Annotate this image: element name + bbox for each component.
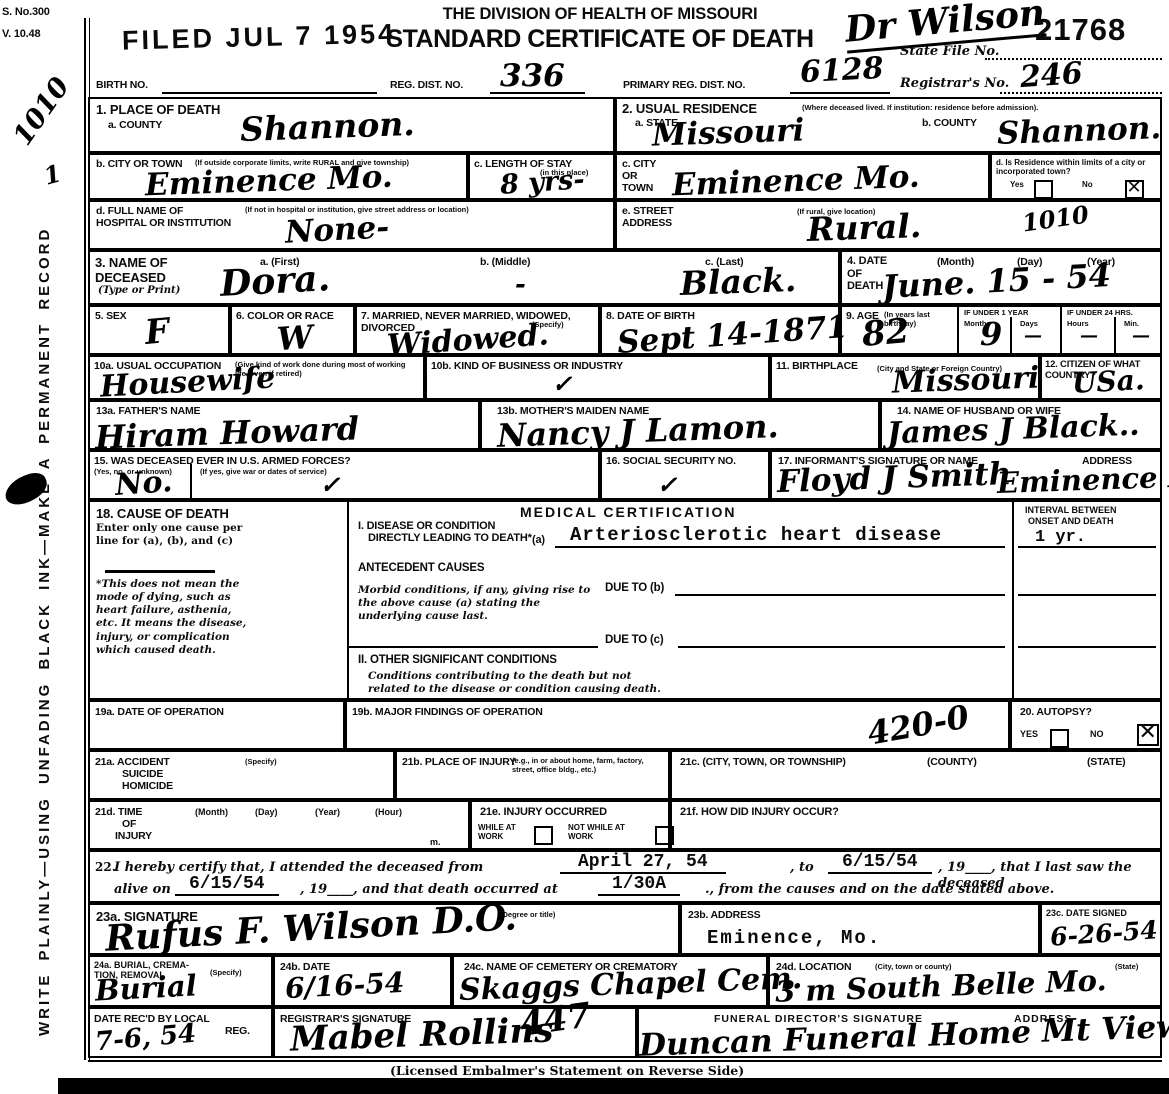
s22-part6: ., from the causes and on the date state… [705,882,1054,898]
s21d-month-label: (Month) [195,808,228,818]
s21c-state-label: (STATE) [1087,756,1125,768]
field-funeral-director-signature: FUNERAL DIRECTOR'S SIGNATURE ADDRESS Dun… [637,1007,1162,1058]
s17-address-value: Eminence Mo. [996,458,1169,500]
s1a-value: Shannon. [239,104,415,149]
s3-middle-label: b. (Middle) [480,256,530,268]
s18-a-tag: (a) [532,534,545,547]
s1b-value: Eminence Mo. [144,159,393,204]
s21d-label3: INJURY [115,830,152,842]
field-21d-time-of-injury: 21d. TIME OF INJURY (Month) (Day) (Year)… [88,800,470,850]
field-10a-occupation: 10a. USUAL OCCUPATION (Give kind of work… [88,355,425,400]
field-14-spouse: 14. NAME OF HUSBAND OR WIFE James J Blac… [880,400,1162,450]
s24a-value: Burial [94,968,197,1007]
s11-value: Missouri [891,360,1040,400]
handwritten-1010-margin: 1010 [7,72,76,151]
field-9-age: 9. AGE (In years last birthday) 82 IF UN… [840,305,1162,355]
field-15-armed-forces: 15. WAS DECEASED EVER IN U.S. ARMED FORC… [88,450,600,500]
s15-label: 15. WAS DECEASED EVER IN U.S. ARMED FORC… [94,455,350,467]
s21d-hour-label: (Hour) [375,808,402,818]
death-certificate: S. No.300 V. 10.48 1010 1 WRITE PLAINLY—… [0,0,1169,1094]
s20-no-label: NO [1090,730,1104,740]
title-line-1: THE DIVISION OF HEALTH OF MISSOURI [380,5,820,24]
s21e-label: 21e. INJURY OCCURRED [480,806,607,819]
field-2ab-residence: 2. USUAL RESIDENCE (Where deceased lived… [615,97,1162,153]
registrar-no-label: Registrar's No. [900,76,1009,91]
s21a-label3: HOMICIDE [122,780,173,792]
recd-label2: REG. [225,1025,250,1037]
s20-yes-checkbox[interactable] [1050,729,1069,748]
s18-interval-label2: ONSET AND DEATH [1028,517,1114,527]
s18-med-cert-title: MEDICAL CERTIFICATION [520,504,736,520]
bottom-rule [88,1060,1162,1062]
s21d-day-label: (Day) [255,808,278,818]
s21b-label: 21b. PLACE OF INJURY [402,756,516,768]
field-19b-major-findings: 19b. MAJOR FINDINGS OF OPERATION 420-0 [345,700,1010,750]
s22-from-value: April 27, 54 [560,852,726,874]
s17-value: Floyd J Smith [776,456,1011,500]
field-24b-date: 24b. DATE 6/16-54 [273,955,452,1007]
field-16-ssn: 16. SOCIAL SECURITY NO. ✓ [600,450,770,500]
s21d-m-label: m. [430,838,441,848]
s2e-extra-1010: 1010 [1020,199,1090,237]
s18-ii-note: Conditions contributing to the death but… [368,670,668,696]
s2d-yes-checkbox[interactable] [1034,180,1053,199]
s2d-yes-label: Yes [1010,181,1024,190]
field-2d-within-limits: d. Is Residence within limits of a city … [990,153,1162,200]
field-21c-city-county-state: 21c. (CITY, TOWN, OR TOWNSHIP) (COUNTY) … [670,750,1162,800]
s12-value: USa. [1071,363,1145,400]
field-12-citizen: 12. CITIZEN OF WHAT COUNTRY? USa. [1040,355,1162,400]
handwritten-1-margin: 1 [41,158,65,190]
s11-label: 11. BIRTHPLACE [776,360,858,372]
s9-hours-value: — [1080,325,1098,346]
s21e-not-while-label: NOT WHILE AT WORK [568,824,628,842]
s16-label: 16. SOCIAL SECURITY NO. [606,455,756,467]
s18-due-c-label: DUE TO (c) [605,634,664,647]
s1d-label: d. FULL NAME OF HOSPITAL OR INSTITUTION [96,205,236,229]
field-23a-signature: 23a. SIGNATURE (Degree or title) Rufus F… [88,903,680,955]
field-17-informant: 17. INFORMANT'S SIGNATURE OR NAME ADDRES… [770,450,1162,500]
field-24a-burial: 24a. BURIAL, CREMA­TION, REMOVAL (Specif… [88,955,273,1007]
field-1a-county: 1. PLACE OF DEATH a. COUNTY Shannon. [88,97,615,153]
reg-dist-line [490,76,585,94]
margin-instruction-text: WRITE PLAINLY—USING UNFADING BLACK INK—M… [36,188,53,1036]
s18-label: 18. CAUSE OF DEATH [96,506,229,521]
field-13a-father: 13a. FATHER'S NAME Hiram Howard [88,400,480,450]
s21b-note: (e.g., in or about home, farm, factory, … [512,757,662,774]
s23a-value: Rufus F. Wilson D.O. [104,896,518,960]
s2c-label: c. CITY OR TOWN [622,158,670,194]
s2d-label: d. Is Residence within limits of a city … [996,158,1156,176]
s2b-label: b. COUNTY [922,117,977,129]
s2d-no-checkbox[interactable]: ✕ [1125,180,1144,199]
field-23b-address: 23b. ADDRESS Eminence, Mo. [680,903,1040,955]
s20-label: 20. AUTOPSY? [1020,706,1092,718]
s1c-value: 8 yrs- [499,164,585,201]
field-24c-cemetery: 24c. NAME OF CEMETERY OR CREMATORY Skagg… [452,955,768,1007]
s4-value: June. 15 - 54 [881,256,1112,306]
s6-value: W [276,318,315,358]
s23b-label: 23b. ADDRESS [688,909,760,921]
field-2c-city: c. CITY OR TOWN Eminence Mo. [615,153,990,200]
s9-min-value: — [1132,325,1150,346]
s2d-no-label: No [1082,181,1093,190]
field-21f-how-injury-occurred: 21f. HOW DID INJURY OCCUR? [670,800,1162,850]
field-7-marital-status: 7. MARRIED, NEVER MARRIED, WIDOWED, DIVO… [355,305,600,355]
s19b-value: 420-0 [864,697,971,752]
s18-note1: Enter only one cause per line for (a), (… [96,522,246,548]
registrar-sig-value: Mabel Rollins [289,1010,554,1059]
s21c-label: 21c. (CITY, TOWN, OR TOWNSHIP) [680,756,846,768]
s15-note2: (If yes, give war or dates of service) [200,468,327,477]
s2a-value: Missouri [651,112,804,153]
scan-artifact-bar [58,1078,1169,1094]
s18-sidebar: 18. CAUSE OF DEATH Enter only one cause … [90,502,349,698]
s21a-label1: 21a. ACCIDENT [95,756,170,768]
s5-label: 5. SEX [95,310,126,322]
s5-value: F [143,311,171,353]
field-13b-mother: 13b. MOTHER'S MAIDEN NAME Nancy J Lamon. [480,400,880,450]
s22-alive-value: 6/15/54 [175,874,279,896]
s2e-value: Rural. [806,206,922,249]
s9-months-value: 9 [980,315,1002,353]
s22-part5: , 19____, and that death occurred at [300,882,558,898]
s18-due-b-label: DUE TO (b) [605,582,664,595]
field-22-certification: 22. I hereby certify that, I attended th… [88,850,1162,903]
field-23c-date-signed: 23c. DATE SIGNED 6-26-54 [1040,903,1162,955]
s21d-label1: 21d. TIME [95,806,142,818]
s10b-value: ✓ [552,369,572,398]
s18-ii-label: II. OTHER SIGNIFICANT CONDITIONS [358,654,557,667]
field-5-sex: 5. SEX F [88,305,230,355]
s21a-label2: SUICIDE [122,768,163,780]
s9-under1-label: IF UNDER 1 YEAR [964,309,1064,318]
primary-reg-dist-label: PRIMARY REG. DIST. NO. [623,79,745,91]
field-21a-accident: 21a. ACCIDENT SUICIDE HOMICIDE (Specify) [88,750,395,800]
registrar-no-line [1000,76,1162,94]
s21f-label: 21f. HOW DID INJURY OCCUR? [680,806,839,819]
s22-part1: I hereby certify that, I attended the de… [114,860,483,876]
s1d-value: None- [284,209,390,250]
s24d-state-note: (State) [1115,963,1138,972]
field-1d-hospital: d. FULL NAME OF HOSPITAL OR INSTITUTION … [88,200,615,250]
s1-title: 1. PLACE OF DEATH [96,102,220,117]
s18-antecedent-label: ANTECEDENT CAUSES [358,562,484,575]
field-19a-date-of-operation: 19a. DATE OF OPERA­TION [88,700,345,750]
field-8-date-of-birth: 8. DATE OF BIRTH Sept 14-1871 [600,305,840,355]
s24d-label: 24d. LOCATION [776,961,851,973]
s20-yes-label: YES [1020,730,1038,740]
s10b-label: 10b. KIND OF BUSINESS OR IN­DUSTRY [431,360,761,372]
field-24d-location: 24d. LOCATION (City, town or county) (St… [768,955,1162,1007]
s21c-county-label: (COUNTY) [927,756,977,768]
s3-note: (Type or Print) [98,285,180,296]
field-3-name-of-deceased: 3. NAME OF DECEASED (Type or Print) a. (… [88,250,840,305]
s2e-label: e. STREET ADDRESS [622,205,677,229]
field-21e-injury-occurred: 21e. INJURY OCCURRED WHILE AT WORK NOT W… [470,800,670,850]
field-1b-city: b. CITY OR TOWN (If outside corporate li… [88,153,468,200]
field-1c-length-of-stay: c. LENGTH OF STAY (in this place) 8 yrs- [468,153,615,200]
section-18-medical-certification: 18. CAUSE OF DEATH Enter only one cause … [88,500,1162,700]
field-20-autopsy: 20. AUTOPSY? YES NO ✕ [1010,700,1162,750]
s23c-value: 6-26-54 [1049,915,1158,951]
s18-i-label1: I. DISEASE OR CONDITION [358,520,495,533]
primary-reg-dist-line [790,76,890,94]
footer-note: (Licensed Embalmer's Statement on Revers… [390,1063,744,1078]
s22-part4: alive on [114,882,171,898]
s2c-value: Eminence Mo. [671,159,920,204]
s23b-value: Eminence, Mo. [707,927,881,949]
field-21b-place-of-injury: 21b. PLACE OF INJURY (e.g., in or about … [395,750,670,800]
s19b-label: 19b. MAJOR FINDINGS OF OPERATION [352,706,543,718]
field-4-date-of-death: 4. DATE OF DEATH (Month) (Day) (Year) Ju… [840,250,1162,305]
s3-title: 3. NAME OF DECEASED [95,255,195,285]
s21e-while-label: WHILE AT WORK [478,824,533,842]
s3-first-value: Dora. [219,257,331,305]
field-6-color-or-race: 6. COLOR OR RACE W [230,305,355,355]
form-number-1: S. No.300 [2,6,50,19]
s22-time-value: 1/30A [598,874,680,896]
s21d-year-label: (Year) [315,808,340,818]
s9-days-value: — [1024,325,1042,346]
s1a-label: a. COUNTY [108,119,162,131]
s20-no-checkbox[interactable]: ✕ [1137,724,1159,746]
s22-part2: , to [790,860,814,876]
field-11-birthplace: 11. BIRTHPLACE (City and State or Foreig… [770,355,1040,400]
s24a-note: (Specify) [210,969,242,978]
field-2e-street-address: e. STREET ADDRESS (If rural, give locati… [615,200,1162,250]
s2d-no-checkmark: ✕ [1126,177,1141,198]
reg-dist-label: REG. DIST. NO. [390,79,463,91]
s18-interval-label1: INTERVAL BETWEEN [1025,506,1117,516]
s22-to-value: 6/15/54 [828,852,932,874]
birth-no-line [162,76,377,94]
s3-last-value: Black. [679,260,797,303]
s16-value: ✓ [657,470,677,499]
s20-no-checkmark: ✕ [1138,720,1156,745]
field-date-received: DATE REC'D BY LOCAL REG. 7-6, 54 [88,1007,273,1058]
s22-num: 22. [95,860,116,874]
s3-middle-value: - [515,270,526,300]
form-number-2: V. 10.48 [2,28,40,41]
title-line-2: STANDARD CERTIFICATE OF DEATH [355,25,845,54]
s18-antecedent-note: Morbid conditions, if any, giving rise t… [358,584,598,623]
s14-value: James J Black.. [886,408,1140,452]
s21e-while-checkbox[interactable] [534,826,553,845]
s18-i-label2: DIRECTLY LEADING TO DEATH* [368,532,532,545]
field-10b-business: 10b. KIND OF BUSINESS OR IN­DUSTRY ✓ [425,355,770,400]
s21a-note: (Specify) [245,758,277,767]
s24b-value: 6/16-54 [284,966,405,1005]
s19a-label: 19a. DATE OF OPERA­TION [95,706,225,718]
birth-no-label: BIRTH NO. [96,79,148,91]
s2b-value: Shannon. [996,110,1161,152]
s18-note2: *This does not mean the mode of dying, s… [96,578,256,657]
s21d-label2: OF [122,818,136,830]
s15-value: No. [114,464,174,503]
s15-value2: ✓ [320,470,340,499]
s9-years-value: 82 [860,311,911,355]
